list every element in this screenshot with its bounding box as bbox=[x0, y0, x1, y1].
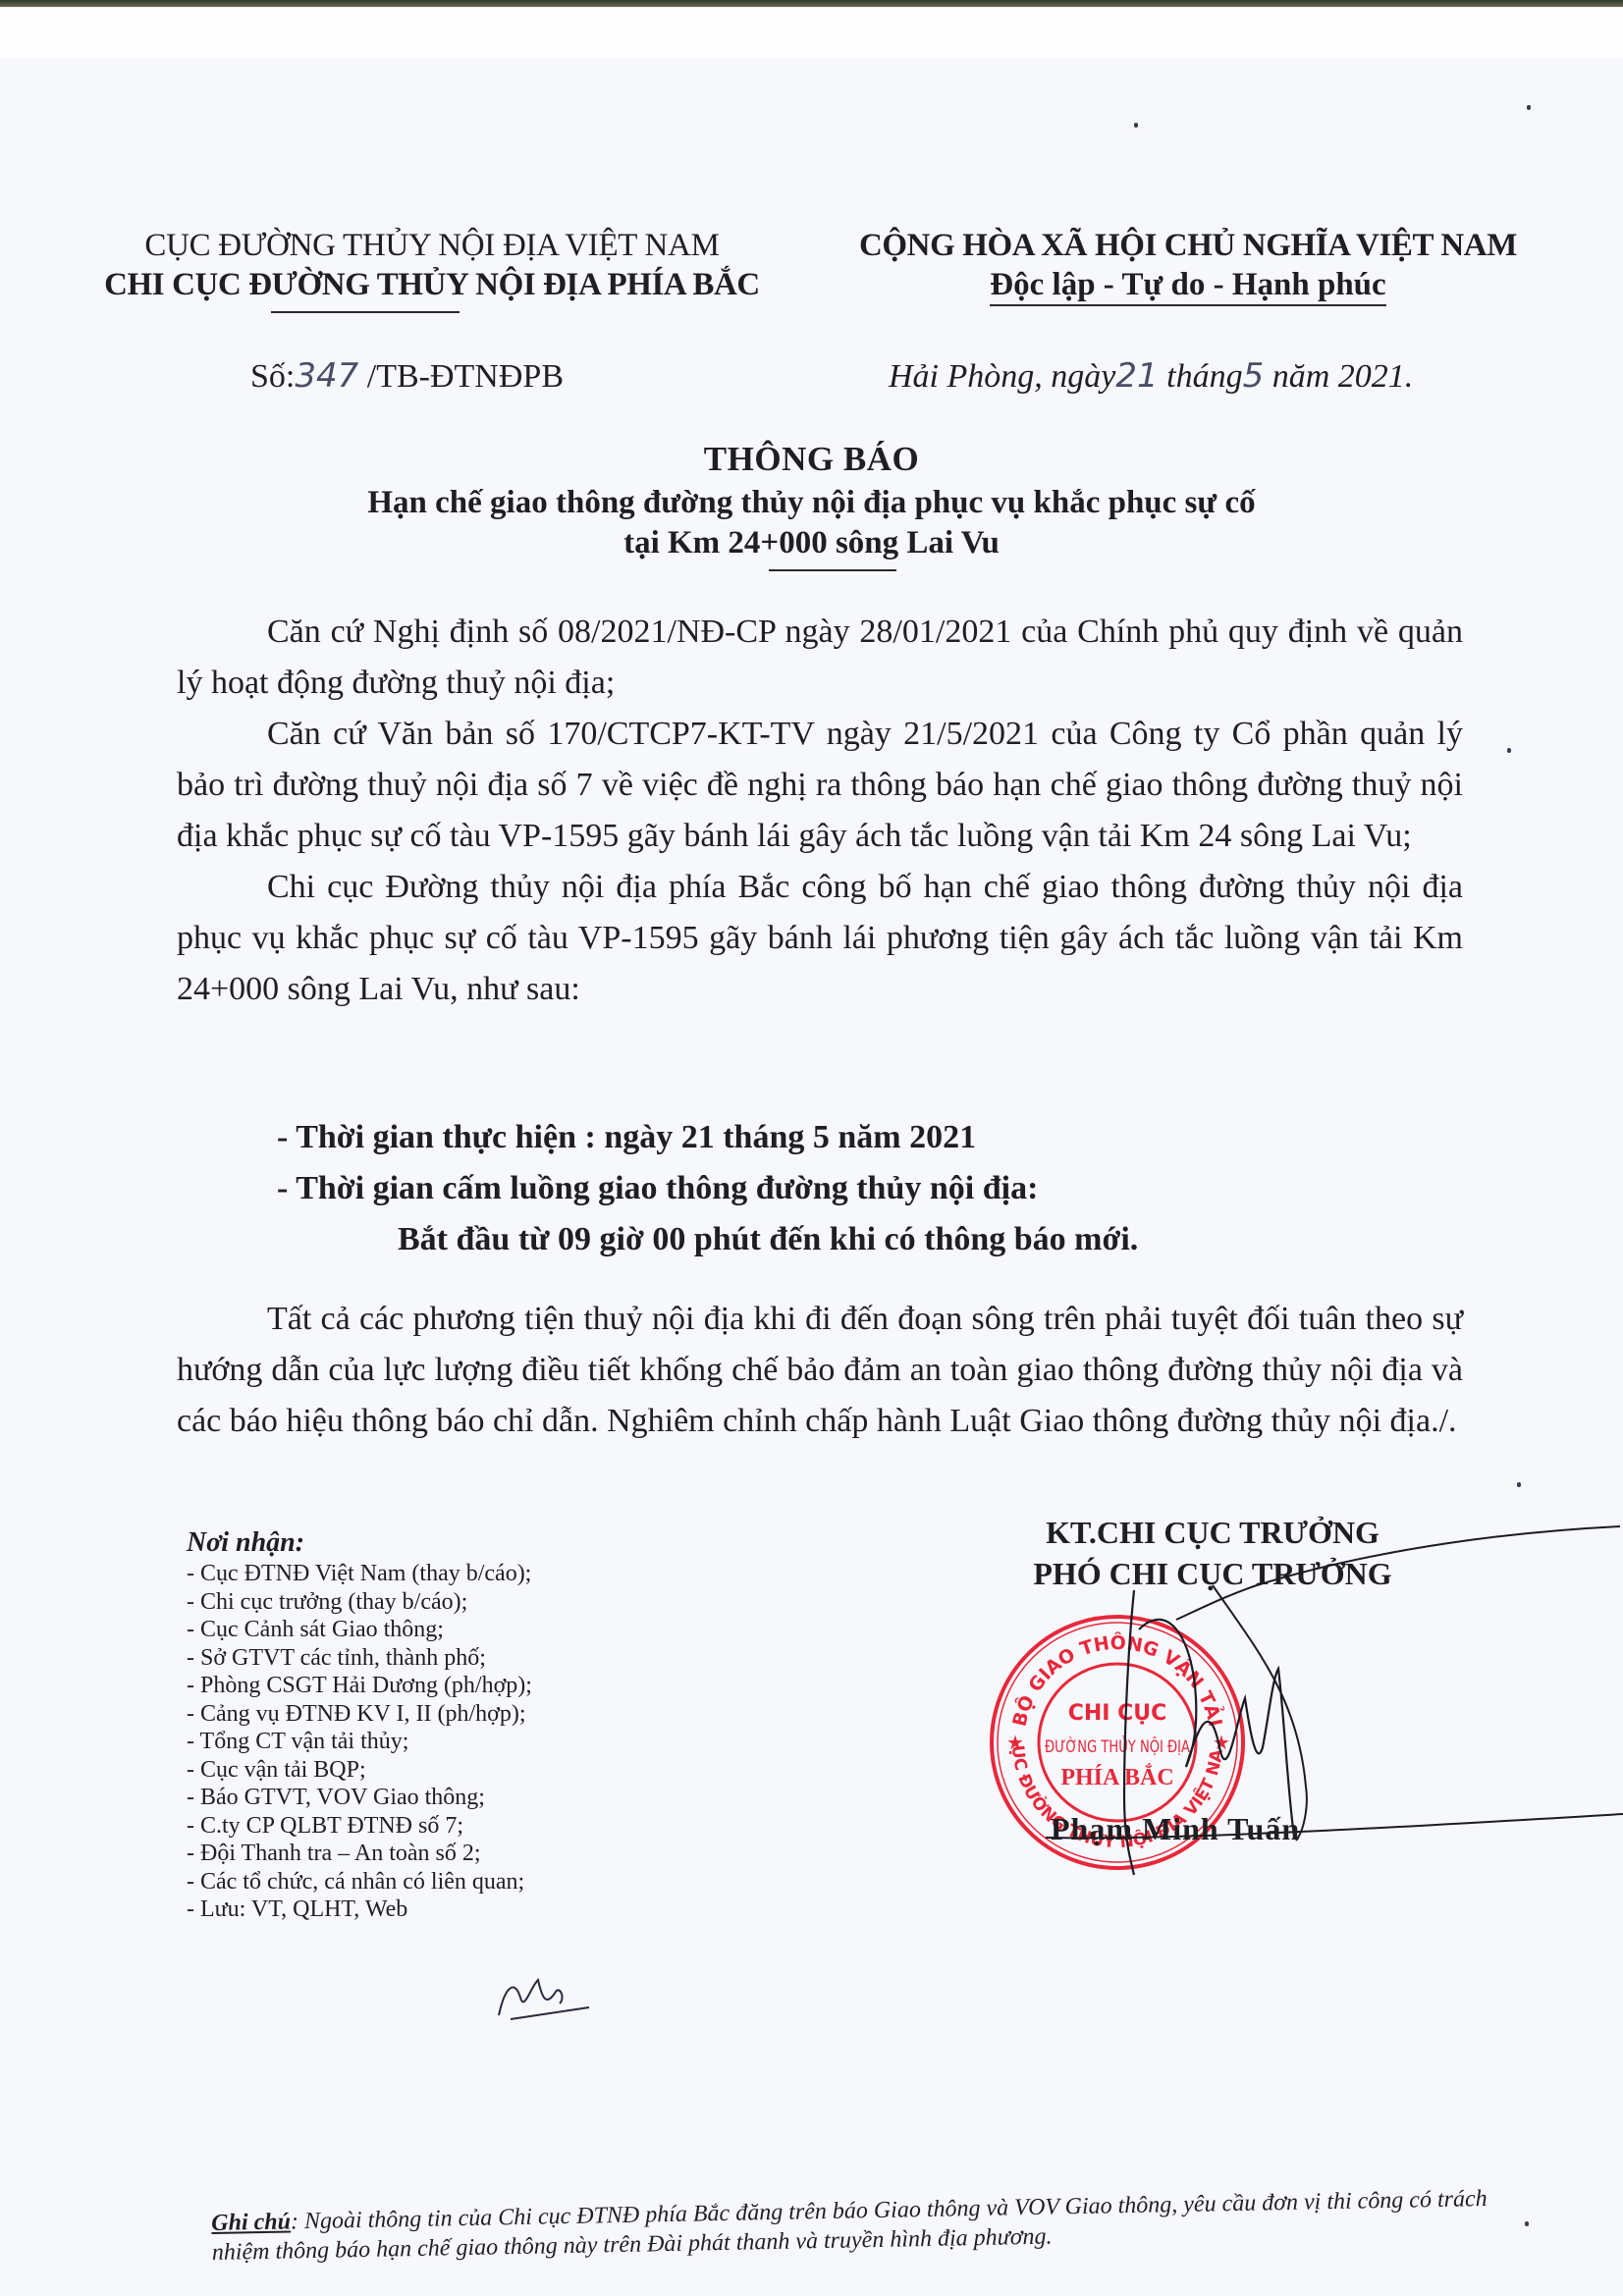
announcement-paragraph: Chi cục Đường thủy nội địa phía Bắc công… bbox=[177, 862, 1463, 1015]
recipient-item: - Chi cục trưởng (thay b/cáo); bbox=[187, 1588, 532, 1617]
recipient-item: - Đội Thanh tra – An toàn số 2; bbox=[187, 1840, 532, 1868]
footnote-label: Ghi chú bbox=[211, 2209, 291, 2236]
scan-speck bbox=[1134, 123, 1138, 128]
recipients-label: Nơi nhận: bbox=[187, 1526, 532, 1560]
national-motto: Độc lập - Tự do - Hạnh phúc bbox=[805, 267, 1571, 303]
recipient-item: - Cục ĐTNĐ Việt Nam (thay b/cáo); bbox=[187, 1560, 532, 1588]
scan-speck bbox=[1517, 1482, 1521, 1487]
execution-time: - Thời gian thực hiện : ngày 21 tháng 5 … bbox=[277, 1119, 976, 1156]
closure-value: Bắt đầu từ 09 giờ 00 phút đến khi có thô… bbox=[398, 1221, 1138, 1258]
doc-number-handwritten: 347 bbox=[295, 356, 358, 396]
recipient-item: - Tổng CT vận tải thủy; bbox=[187, 1728, 532, 1756]
closing-section: Tất cả các phương tiện thuỷ nội địa khi … bbox=[177, 1294, 1463, 1447]
legal-basis-paragraph-1: Căn cứ Nghị định số 08/2021/NĐ-CP ngày 2… bbox=[177, 607, 1463, 709]
recipient-item: - Sở GTVT các tỉnh, thành phố; bbox=[187, 1644, 532, 1673]
legal-basis-paragraph-2: Căn cứ Văn bản số 170/CTCP7-KT-TV ngày 2… bbox=[177, 709, 1463, 862]
doc-number-suffix: /TB-ĐTNĐPB bbox=[367, 358, 564, 395]
scan-speck bbox=[1527, 105, 1531, 110]
recipient-item: - Phòng CSGT Hải Dương (ph/hợp); bbox=[187, 1672, 532, 1700]
title-underline bbox=[769, 569, 896, 571]
month-label: tháng bbox=[1159, 358, 1243, 395]
agency-name: CHI CỤC ĐƯỜNG THỦY NỘI ĐỊA PHÍA BẮC bbox=[59, 267, 805, 303]
notice-subtitle-line1: Hạn chế giao thông đường thủy nội địa ph… bbox=[0, 485, 1623, 521]
closure-label: - Thời gian cấm luồng giao thông đường t… bbox=[277, 1170, 1038, 1207]
agency-underline bbox=[271, 311, 460, 313]
notice-subtitle-line2: tại Km 24+000 sông Lai Vu bbox=[0, 525, 1623, 561]
motto-text: Độc lập - Tự do - Hạnh phúc bbox=[990, 267, 1385, 306]
recipient-item: - Các tổ chức, cá nhân có liên quan; bbox=[187, 1868, 532, 1896]
recipient-item: - Cục vận tải BQP; bbox=[187, 1756, 532, 1785]
doc-number-prefix: Số: bbox=[250, 358, 295, 395]
scan-speck bbox=[1507, 748, 1511, 753]
place-prefix: Hải Phòng, ngày bbox=[889, 358, 1115, 395]
recipient-item: - Cục Cảnh sát Giao thông; bbox=[187, 1616, 532, 1644]
recipient-item: - C.ty CP QLBT ĐTNĐ số 7; bbox=[187, 1812, 532, 1841]
scan-top-edge bbox=[0, 0, 1623, 7]
recipients-list: Nơi nhận: - Cục ĐTNĐ Việt Nam (thay b/cá… bbox=[187, 1526, 532, 1924]
initials-scribble-icon bbox=[491, 1968, 599, 2027]
nation-name: CỘNG HÒA XÃ HỘI CHỦ NGHĨA VIỆT NAM bbox=[805, 228, 1571, 264]
agency-parent: CỤC ĐƯỜNG THỦY NỘI ĐỊA VIỆT NAM bbox=[59, 228, 805, 264]
day-handwritten: 21 bbox=[1115, 356, 1158, 396]
month-handwritten: 5 bbox=[1243, 356, 1265, 396]
closing-paragraph: Tất cả các phương tiện thuỷ nội địa khi … bbox=[177, 1294, 1463, 1447]
recipient-item: - Lưu: VT, QLHT, Web bbox=[187, 1896, 532, 1924]
year-label: năm 2021. bbox=[1264, 358, 1413, 395]
signer-name: Phạm Minh Tuấn bbox=[1051, 1811, 1300, 1847]
recipient-item: - Cảng vụ ĐTNĐ KV I, II (ph/hợp); bbox=[187, 1700, 532, 1729]
place-and-date: Hải Phòng, ngày21 tháng5 năm 2021. bbox=[889, 356, 1413, 396]
body-section: Căn cứ Nghị định số 08/2021/NĐ-CP ngày 2… bbox=[177, 607, 1463, 1015]
document-number: Số:347 /TB-ĐTNĐPB bbox=[250, 356, 564, 396]
scan-speck bbox=[1525, 2221, 1529, 2226]
notice-title: THÔNG BÁO bbox=[0, 440, 1623, 479]
recipient-item: - Báo GTVT, VOV Giao thông; bbox=[187, 1784, 532, 1812]
